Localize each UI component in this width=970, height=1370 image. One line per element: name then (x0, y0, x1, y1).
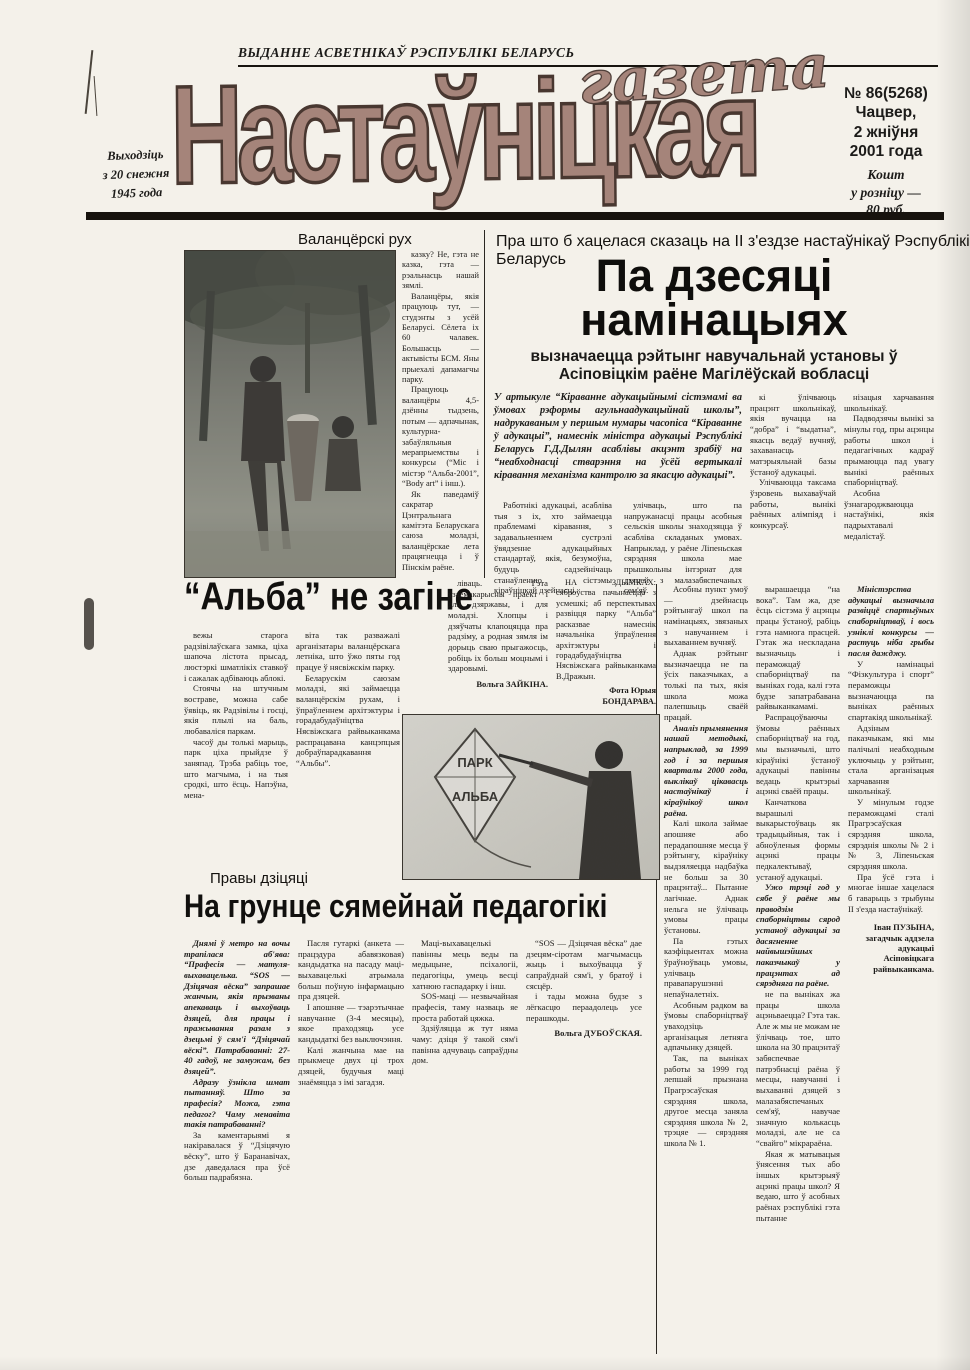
issue-weekday: Чацвер, (856, 104, 917, 121)
alba-column-beside-photo: казку? Не, гэта не казка, гэта — рэальна… (402, 250, 479, 576)
scan-ink-blob (84, 598, 94, 650)
issue-info-block: № 86(5268) Чацвер, 2 жніўня 2001 года (826, 84, 946, 162)
founded-line1: Выходзіць (107, 147, 164, 163)
family-column-2: Пасля гутаркі (анкета — працэдура абавяз… (298, 938, 404, 1360)
rating-column-2: вырашаецца “на вока”. Там жа, дзе ёсць с… (756, 584, 840, 1352)
issue-number: № 86(5268) (844, 85, 928, 102)
issue-date: 2 жніўня (854, 124, 919, 141)
masthead-script-word: газета (576, 31, 832, 118)
founded-date-note: Выходзіць з 20 снежня 1945 года (89, 144, 183, 203)
rating-lead-paragraph: У артыкуле “Кіраванне адукацыйнымі сістэ… (494, 392, 742, 496)
alba-kicker: Валанцёрскі рух (298, 231, 412, 248)
issue-year: 2001 года (850, 143, 923, 160)
rating-subhead: вызначаецца рэйтынг навучальнай установы… (498, 348, 930, 384)
rating-column-1: Асобны пункт умоў — дзейнасць рэйтынгаў … (664, 584, 748, 1352)
volunteers-forest-photo (184, 250, 396, 578)
park-alba-kite-photo: ПАРК АЛЬБА (402, 714, 660, 880)
masthead-rule (86, 212, 944, 220)
column-divider-rule (484, 230, 485, 578)
founded-line3: 1945 года (111, 185, 163, 201)
alba-column-1: вежы старога радзівілаўскага замка, ціха… (184, 630, 288, 856)
price-line1: Кошт (867, 167, 904, 182)
scan-scratch-mark (85, 50, 94, 114)
rating-side-column-2: нізацыя харчавання школьнікаў.Падводзячы… (844, 392, 934, 576)
rating-underlead-left: Работнікі адукацыі, асабліва тыя з іх, х… (494, 500, 612, 576)
alba-column-2: віта так разважалі арганізатары валанцёр… (296, 630, 400, 856)
alba-column-4-photo-note: НА ЗДЫМКАХ: сяброўства пачынаецца з усме… (556, 578, 656, 710)
founded-line2: з 20 снежня (102, 166, 169, 182)
price-line2: у розніцу — (851, 185, 921, 200)
family-column-4-byline: “SOS — Дзіцячая вёска” дае дзецям-сірота… (526, 938, 642, 1360)
price-block: Кошт у розніцу — 80 руб. (828, 166, 944, 219)
alba-headline: “Альба” не загіне (184, 574, 473, 619)
family-kicker: Правы дзіцяці (210, 870, 308, 887)
family-column-1: Днямі ў метро на вочы трапілася аб'ява: … (184, 938, 290, 1360)
newspaper-front-page: ВЫДАННЕ АСВЕТНІКАЎ РЭСПУБЛІКІ БЕЛАРУСЬ Н… (0, 0, 970, 1370)
rating-side-column-1: кі ўлічваюць працэнт школьнікаў, якія ву… (750, 392, 836, 576)
scan-scratch-mark (94, 76, 98, 116)
family-column-3: Маці-выхавацелькі павінны мець веды па м… (412, 938, 518, 1360)
rating-column-3-signature: Міністэрства адукацыі вызначыла развіццё… (848, 584, 934, 1352)
rating-headline: Па дзесяці намінацыях (492, 254, 936, 341)
column-divider-rule (656, 584, 657, 1354)
rating-underlead-right: улічваць, што па напружанасці працы асоб… (624, 500, 742, 576)
alba-column-3-byline: ліваць. Гэта ўзаемакарысны праект і для … (448, 578, 548, 710)
family-headline: На грунце сямейнай педагогікі (184, 888, 607, 925)
